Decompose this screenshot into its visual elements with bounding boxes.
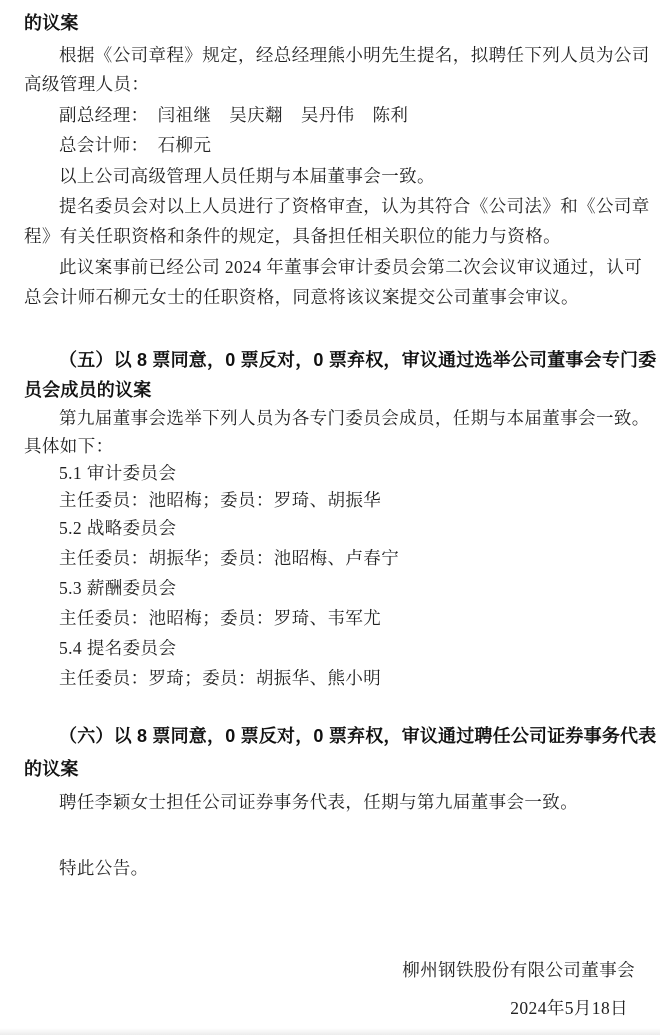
page-bottom-edge: [0, 1028, 660, 1035]
chief-accountant-line: 总会计师： 石柳元: [24, 135, 638, 156]
committee-5-2-title: 5.2 战略委员会: [24, 518, 638, 539]
resolution-6-heading-line2: 的议案: [24, 759, 638, 781]
resolution-6-heading-line1: （六）以 8 票同意，0 票反对，0 票弃权，审议通过聘任公司证券事务代表: [24, 726, 638, 748]
resolution-6-body-line: 聘任李颖女士担任公司证券事务代表，任期与第九届董事会一致。: [24, 792, 638, 813]
committee-5-3-members: 主任委员：池昭梅；委员：罗琦、韦军尤: [24, 608, 638, 629]
term-note-line: 以上公司高级管理人员任期与本届董事会一致。: [24, 166, 638, 187]
committee-5-4-title: 5.4 提名委员会: [24, 638, 638, 659]
document-page: 的议案 根据《公司章程》规定，经总经理熊小明先生提名，拟聘任下列人员为公司 高级…: [0, 0, 660, 1035]
committee-5-1-title: 5.1 审计委员会: [24, 463, 638, 484]
committee-5-2-members: 主任委员：胡振华；委员：池昭梅、卢春宁: [24, 548, 638, 569]
resolution-5-intro-line1: 第九届董事会选举下列人员为各专门委员会成员，任期与本届董事会一致。: [24, 408, 638, 429]
resolution-5-heading-line2: 员会成员的议案: [24, 380, 638, 402]
carryover-heading-tail: 的议案: [24, 13, 638, 35]
resolution-5-heading-line1: （五）以 8 票同意，0 票反对，0 票弃权，审议通过选举公司董事会专门委: [24, 350, 638, 372]
committee-5-3-title: 5.3 薪酬委员会: [24, 578, 638, 599]
appointment-intro-line1: 根据《公司章程》规定，经总经理熊小明先生提名，拟聘任下列人员为公司: [24, 45, 638, 66]
vice-general-managers-line: 副总经理： 闫祖继 吴庆翷 吴丹伟 陈利: [24, 105, 638, 126]
signature-company: 柳州钢铁股份有限公司董事会: [24, 960, 635, 981]
resolution-5-intro-line2: 具体如下：: [24, 436, 638, 457]
signature-date: 2024年5月18日: [24, 998, 628, 1019]
qualification-review-line2: 程》有关任职资格和条件的规定，具备担任相关职位的能力与资格。: [24, 226, 638, 247]
audit-committee-prereview-line1: 此议案事前已经公司 2024 年董事会审计委员会第二次会议审议通过，认可: [24, 257, 638, 278]
committee-5-4-members: 主任委员：罗琦；委员：胡振华、熊小明: [24, 668, 638, 689]
committee-5-1-members: 主任委员：池昭梅；委员：罗琦、胡振华: [24, 490, 638, 511]
closing-announcement: 特此公告。: [24, 858, 638, 879]
audit-committee-prereview-line2: 总会计师石柳元女士的任职资格，同意将该议案提交公司董事会审议。: [24, 287, 638, 308]
appointment-intro-line2: 高级管理人员：: [24, 74, 638, 95]
qualification-review-line1: 提名委员会对以上人员进行了资格审查，认为其符合《公司法》和《公司章: [24, 196, 638, 217]
